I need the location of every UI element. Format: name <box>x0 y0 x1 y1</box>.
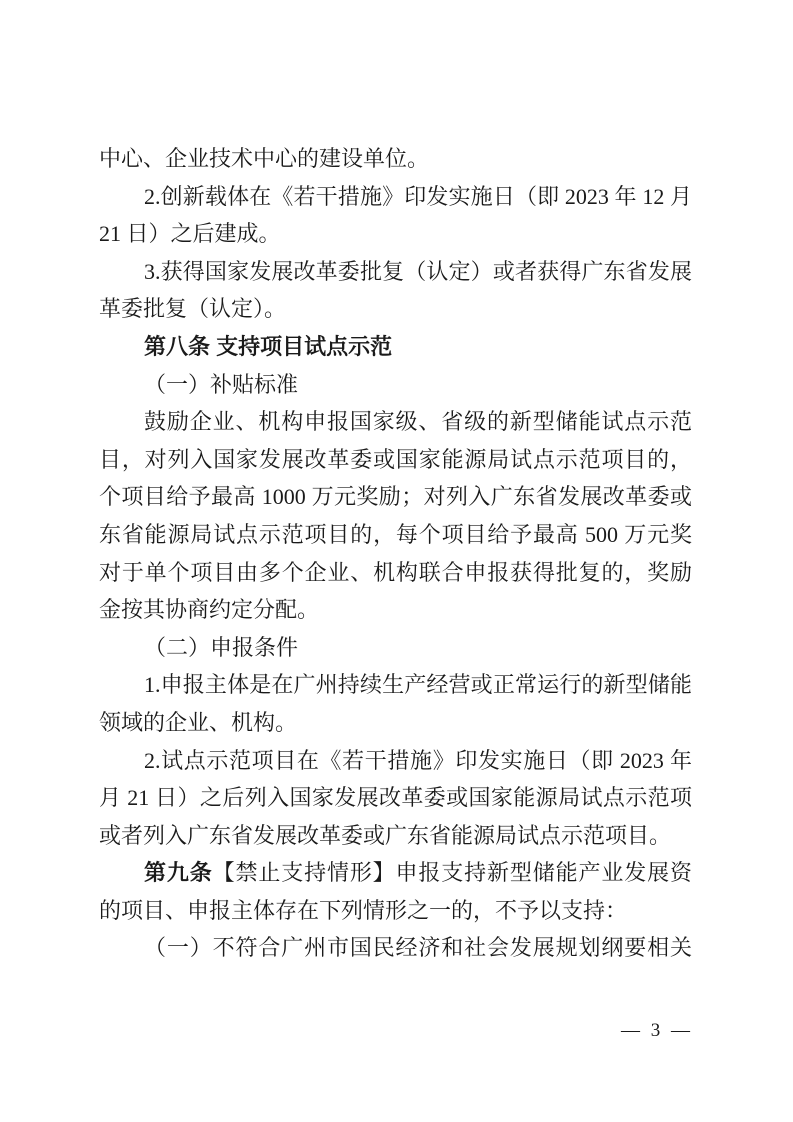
paragraph-line: 3.获得国家发展改革委批复（认定）或者获得广东省发展改 <box>99 253 692 291</box>
article-8-heading: 第八条 支持项目试点示范 <box>99 328 692 366</box>
paragraph-line: 领域的企业、机构。 <box>99 704 692 742</box>
paragraph-line: 1.申报主体是在广州持续生产经营或正常运行的新型储能 <box>99 666 692 704</box>
paragraph-line: 鼓励企业、机构申报国家级、省级的新型储能试点示范项 <box>99 403 692 441</box>
paragraph-line: 个项目给予最高 1000 万元奖励；对列入广东省发展改革委或广 <box>99 478 692 516</box>
paragraph-line: （一）不符合广州市国民经济和社会发展规划纲要相关产 <box>99 929 692 967</box>
paragraph-line: 东省能源局试点示范项目的，每个项目给予最高 500 万元奖励。 <box>99 516 692 554</box>
list-item-heading: （二）申报条件 <box>99 629 692 667</box>
page-number: — 3 — <box>621 1019 693 1043</box>
paragraph-line: 或者列入广东省发展改革委或广东省能源局试点示范项目。 <box>99 817 692 855</box>
paragraph-line: 2.试点示范项目在《若干措施》印发实施日（即 2023 年 12 <box>99 742 692 780</box>
article-9-number: 第九条 <box>144 860 213 885</box>
paragraph-line: 革委批复（认定）。 <box>99 290 692 328</box>
document-page: 中心、企业技术中心的建设单位。 2.创新载体在《若干措施》印发实施日（即 202… <box>0 0 793 1122</box>
paragraph-line: 目，对列入国家发展改革委或国家能源局试点示范项目的，每 <box>99 441 692 479</box>
paragraph-line: 21 日）之后建成。 <box>99 215 692 253</box>
paragraph-line: 的项目、申报主体存在下列情形之一的，不予以支持： <box>99 892 692 930</box>
article-9-paragraph: 第九条【禁止支持情形】申报支持新型储能产业发展资金 <box>99 854 692 892</box>
paragraph-line: 中心、企业技术中心的建设单位。 <box>99 140 692 178</box>
paragraph-line: 金按其协商约定分配。 <box>99 591 692 629</box>
document-body: 中心、企业技术中心的建设单位。 2.创新载体在《若干措施》印发实施日（即 202… <box>99 140 692 967</box>
paragraph-line: 对于单个项目由多个企业、机构联合申报获得批复的，奖励资 <box>99 554 692 592</box>
list-item-heading: （一）补贴标准 <box>99 366 692 404</box>
paragraph-line: 2.创新载体在《若干措施》印发实施日（即 2023 年 12 月 <box>99 178 692 216</box>
paragraph-line: 月 21 日）之后列入国家发展改革委或国家能源局试点示范项目 <box>99 779 692 817</box>
